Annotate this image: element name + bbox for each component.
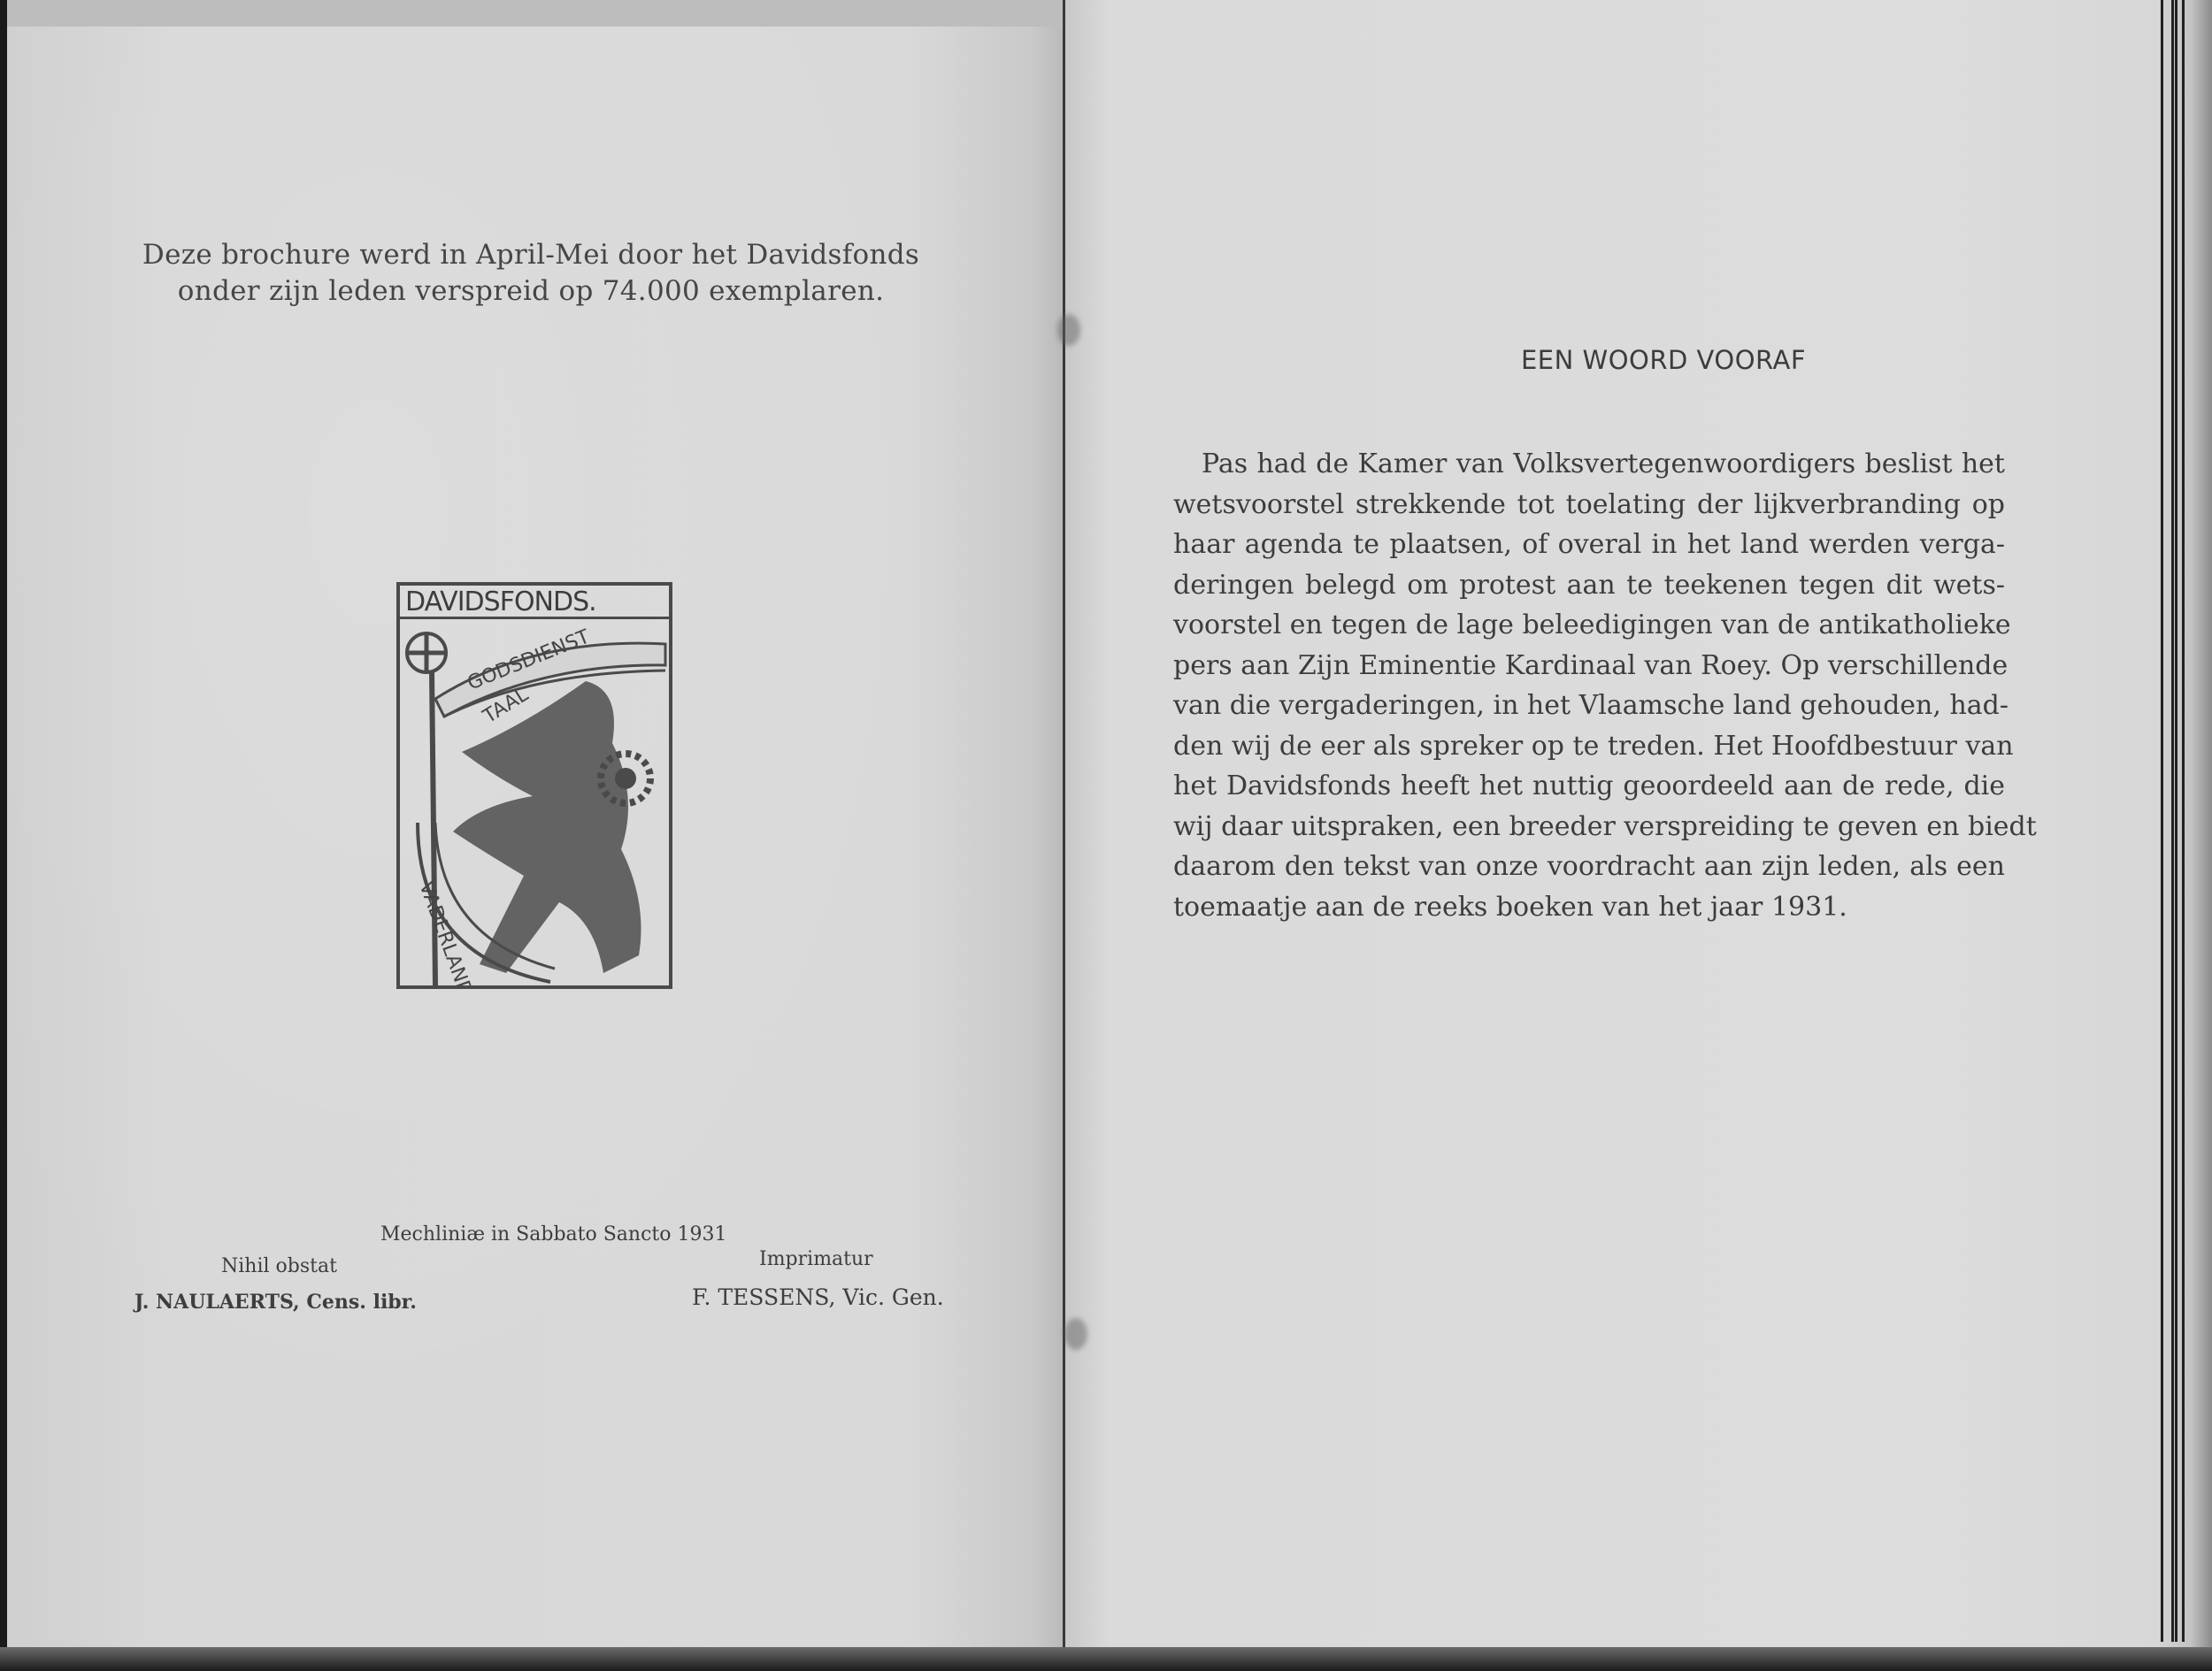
imprimatur-label: Imprimatur (759, 1248, 873, 1270)
notice-line: onder zijn leden verspreid op 74.000 exe… (133, 273, 929, 310)
vicar-general-name: F. TESSENS, Vic. Gen. (692, 1284, 944, 1310)
notice-line: Deze brochure werd in April-Mei door het… (133, 237, 929, 273)
page-edge-line (2171, 0, 2174, 1642)
page-edge-line (2182, 0, 2185, 1642)
body-line: wij daar uitspraken, een breeder verspre… (1173, 807, 2005, 847)
banner-word: VADERLAND (414, 879, 476, 985)
body-line: deringen belegd om protest aan te teeken… (1173, 565, 2005, 606)
staple-mark (1057, 314, 1080, 346)
distribution-notice: Deze brochure werd in April-Mei door het… (133, 237, 929, 310)
body-line: wetsvoorstel strekkende tot toelating de… (1173, 485, 2005, 525)
body-line: toemaatje aan de reeks boeken van het ja… (1173, 887, 2005, 928)
body-line: pers aan Zijn Eminentie Kardinaal van Ro… (1173, 646, 2005, 686)
body-line: van die vergaderingen, in het Vlaamsche … (1173, 686, 2005, 726)
davidsfonds-emblem-icon: GODSDIENST TAAL VADERLAND (400, 619, 669, 985)
book-spine (1063, 0, 1065, 1651)
left-cover-edge (0, 0, 7, 1651)
body-line: voorstel en tegen de lage beleedigingen … (1173, 605, 2005, 646)
scanner-bottom-edge (0, 1647, 2212, 1671)
page-edge-line (2175, 0, 2177, 1642)
book-scan: Deze brochure werd in April-Mei door het… (0, 0, 2212, 1671)
body-line: den wij de eer als spreker op te treden.… (1173, 726, 2005, 767)
page-edge-line (2161, 0, 2163, 1642)
davidsfonds-emblem: DAVIDSFONDS. GODSDIENST TAAL VADERLAND (396, 582, 672, 989)
imprimatur-place-date: Mechliniæ in Sabbato Sancto 1931 (380, 1223, 726, 1246)
foreword-body: Pas had de Kamer van Volksvertegenwoordi… (1173, 444, 2005, 927)
emblem-title: DAVIDSFONDS. (400, 586, 669, 619)
page-title: EEN WOORD VOORAF (1221, 345, 2106, 375)
body-line: daarom den tekst van onze voordracht aan… (1173, 847, 2005, 887)
nihil-obstat-label: Nihil obstat (221, 1255, 337, 1277)
staple-mark (1064, 1318, 1087, 1350)
body-line: het Davidsfonds heeft het nuttig geoorde… (1173, 766, 2005, 807)
body-line: haar agenda te plaatsen, of overal in he… (1173, 525, 2005, 565)
edge-fill (2159, 0, 2212, 1651)
censor-name: J. NAULAERTS, Cens. libr. (134, 1291, 417, 1314)
body-line: Pas had de Kamer van Volksvertegenwoordi… (1173, 444, 2005, 485)
page-edges (2159, 0, 2212, 1654)
